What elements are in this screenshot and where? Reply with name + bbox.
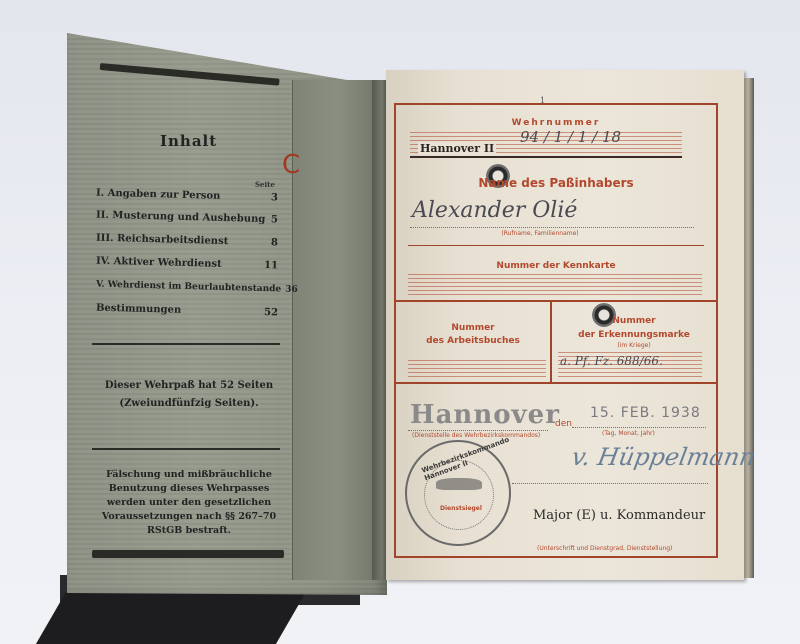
toc-item-page: 8 (271, 237, 278, 248)
kennkarte-label: Nummer der Kennkarte (394, 261, 718, 271)
place-stamp: Hannover (410, 400, 560, 430)
erkennungsmarke-label-2: der Erkennungsmarke (554, 330, 714, 340)
wehrnummer-label: Wehrnummer (394, 118, 718, 128)
toc-item-page: 52 (264, 307, 278, 318)
wehrnummer-prefix: Hannover II (418, 142, 496, 155)
arbeitsbuch-label-1: Nummer (396, 323, 550, 333)
wehrnummer-value: 94 / 1 / 1 / 18 (520, 128, 621, 146)
page-count-line2: (Zweiundfünfzig Seiten). (96, 396, 282, 411)
forgery-warning: Fälschung und mißbräuchliche Benutzung d… (94, 468, 284, 538)
kennkarte-lines (408, 274, 702, 298)
wehrnummer-underline (410, 156, 682, 158)
name-value: Alexander Olié (412, 198, 577, 223)
bottom-rule (92, 550, 284, 558)
rank-caption: (Unterschrift und Dienstgrad, Dienststel… (537, 545, 672, 552)
name-label: Name des Paßinhabers (394, 176, 718, 190)
arbeitsbuch-label-2: des Arbeitsbuches (396, 336, 550, 346)
rank-stamp: Major (E) u. Kommandeur (533, 508, 705, 523)
name-caption: (Rufname, Familienname) (480, 230, 600, 237)
toc-item-page: 11 (264, 260, 278, 271)
signature-line (512, 483, 708, 484)
page-count-line1: Dieser Wehrpaß hat 52 Seiten (96, 378, 282, 393)
toc-item-label: Bestimmungen (96, 303, 181, 316)
place-line (408, 430, 548, 431)
seal-center-text: Dienstsiegel (440, 505, 482, 512)
section-divider (396, 300, 716, 302)
section-divider (408, 245, 704, 246)
toc-item-page: 5 (271, 214, 278, 225)
eagle-emblem-icon (436, 478, 482, 490)
date-caption: (Tag, Monat, Jahr) (602, 430, 655, 437)
commander-signature: v. Hüppelmann (570, 443, 758, 471)
erkennungsmarke-value: a. Pf. Fz. 688/66. (560, 354, 663, 368)
seite-label: Seite (255, 180, 275, 189)
toc-item-page: 3 (271, 192, 278, 203)
divider (92, 343, 280, 345)
den-label: den (555, 419, 572, 429)
red-handwritten-mark: C (282, 150, 300, 180)
toc-title: Inhalt (160, 132, 217, 150)
erkennungsmarke-label-1: Nummer (554, 316, 714, 326)
toc-item-page: 36 (285, 285, 298, 295)
section-divider (396, 382, 716, 384)
name-line (410, 227, 694, 228)
arbeitsbuch-lines (408, 360, 546, 380)
date-stamp: 15. FEB. 1938 (590, 405, 701, 421)
divider (92, 448, 280, 450)
column-divider (550, 300, 552, 382)
left-inner-flap (292, 80, 383, 580)
date-line (572, 427, 706, 428)
erkennungsmarke-caption: (im Kriege) (554, 342, 714, 349)
